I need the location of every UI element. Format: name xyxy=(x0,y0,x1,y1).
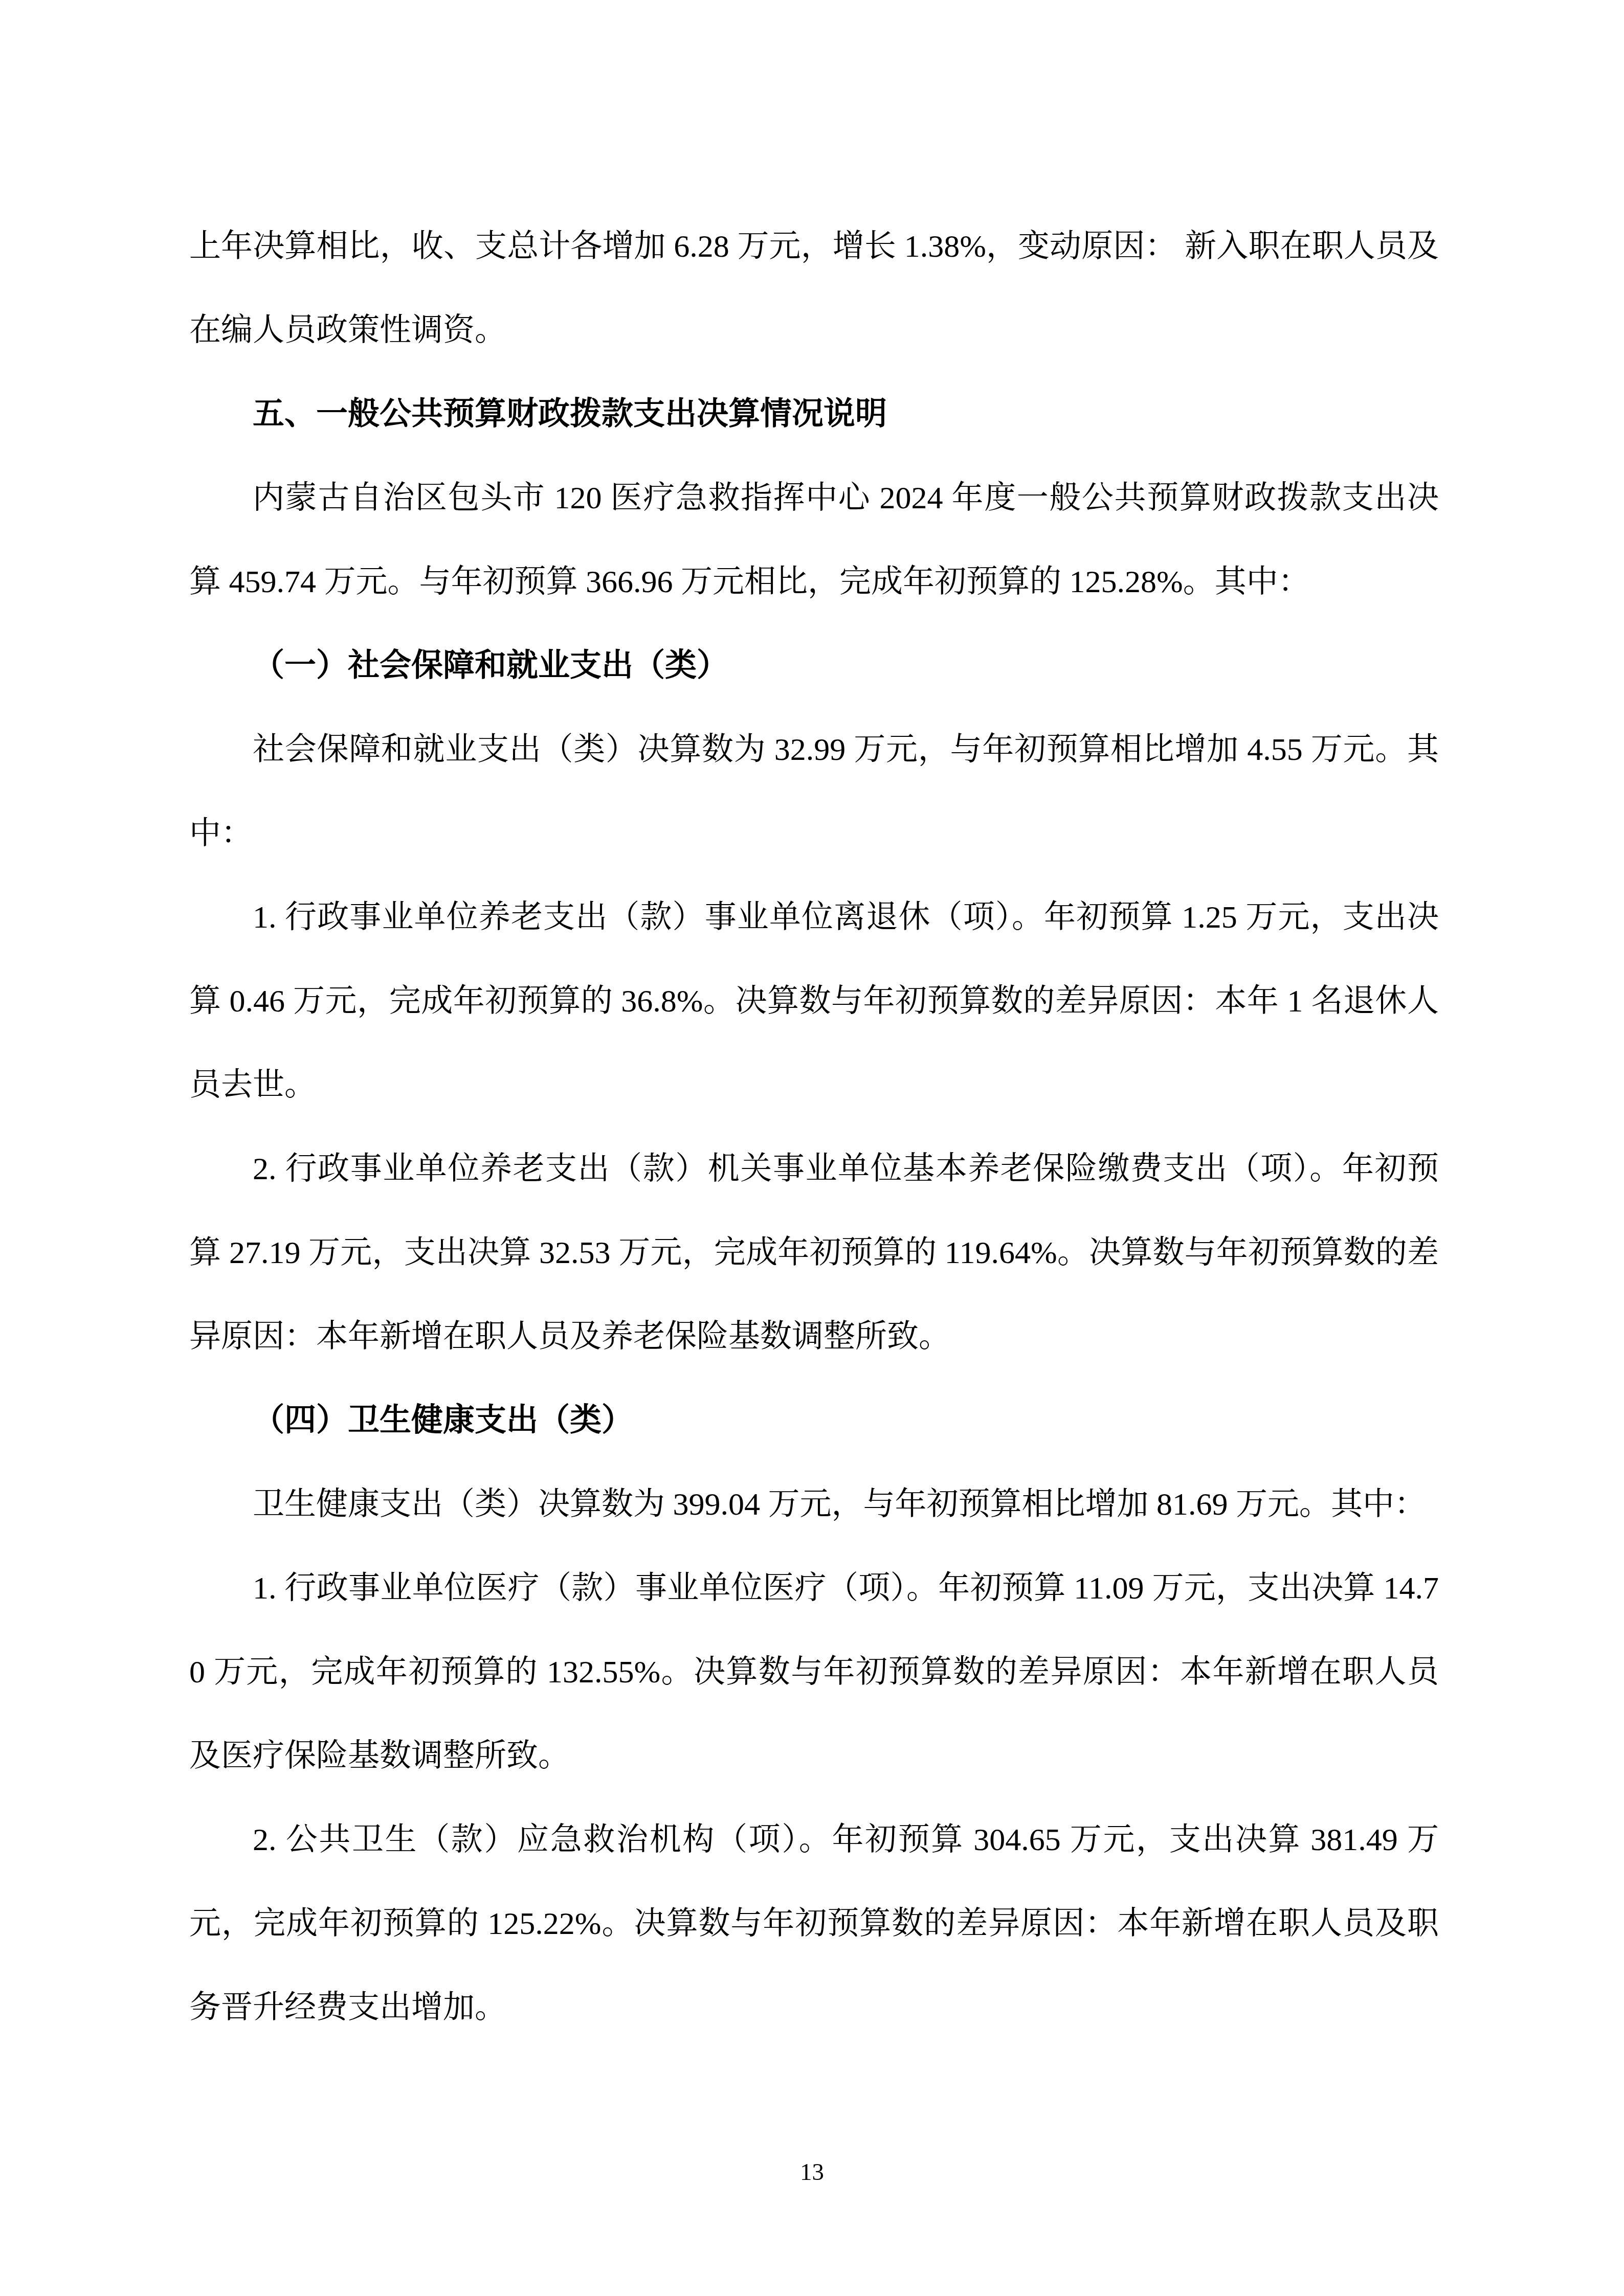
sub-heading-health: （四）卫生健康支出（类） xyxy=(189,1379,1439,1462)
paragraph: 卫生健康支出（类）决算数为 399.04 万元，与年初预算相比增加 81.69 … xyxy=(189,1462,1439,1546)
document-page: 上年决算相比，收、支总计各增加 6.28 万元，增长 1.38%，变动原因： 新… xyxy=(0,0,1624,2296)
list-item-1-pension: 1. 行政事业单位养老支出（款）事业单位离退休（项）。年初预算 1.25 万元，… xyxy=(189,875,1439,1127)
list-item-1-medical: 1. 行政事业单位医疗（款）事业单位医疗（项）。年初预算 11.09 万元，支出… xyxy=(189,1546,1439,1798)
sub-heading-social-security: （一）社会保障和就业支出（类） xyxy=(189,624,1439,708)
page-number: 13 xyxy=(0,2160,1624,2185)
paragraph: 社会保障和就业支出（类）决算数为 32.99 万元，与年初预算相比增加 4.55… xyxy=(189,708,1439,875)
section-heading: 五、一般公共预算财政拨款支出决算情况说明 xyxy=(189,372,1439,456)
list-item-2-public-health: 2. 公共卫生（款）应急救治机构（项）。年初预算 304.65 万元，支出决算 … xyxy=(189,1798,1439,2050)
list-item-2-pension-insurance: 2. 行政事业单位养老支出（款）机关事业单位基本养老保险缴费支出（项）。年初预算… xyxy=(189,1127,1439,1379)
paragraph-continued: 上年决算相比，收、支总计各增加 6.28 万元，增长 1.38%，变动原因： 新… xyxy=(189,205,1439,372)
paragraph: 内蒙古自治区包头市 120 医疗急救指挥中心 2024 年度一般公共预算财政拨款… xyxy=(189,456,1439,624)
